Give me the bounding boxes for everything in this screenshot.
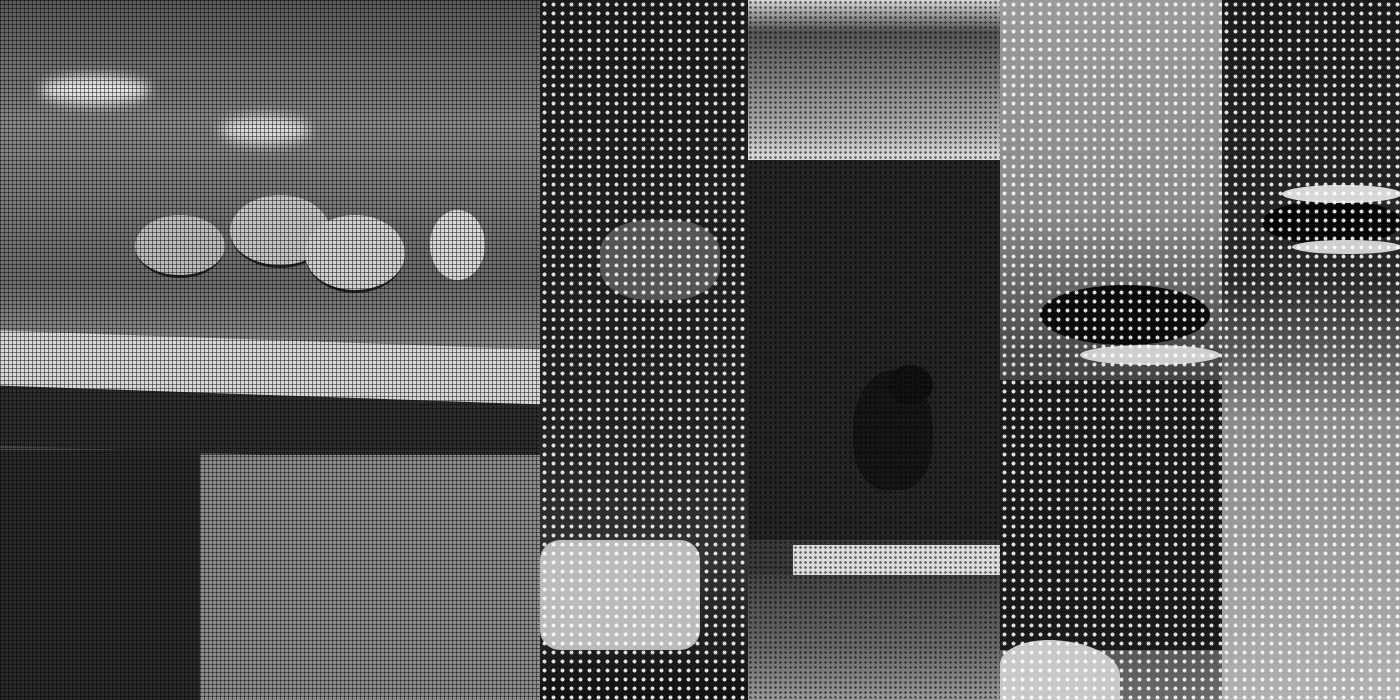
halftone-screen [748, 0, 1000, 700]
panel-shelf-scene [0, 0, 540, 700]
halftone-screen [540, 0, 748, 700]
halftone-screen [1000, 0, 1222, 700]
panel-coarse-dots [540, 0, 748, 700]
panel-eye-closeup-left [1000, 0, 1222, 700]
panel-bird-shelf [748, 0, 1000, 700]
halftone-collage [0, 0, 1400, 700]
panel-eye-closeup-right [1222, 0, 1400, 700]
halftone-screen [1222, 0, 1400, 700]
halftone-screen [0, 0, 540, 700]
